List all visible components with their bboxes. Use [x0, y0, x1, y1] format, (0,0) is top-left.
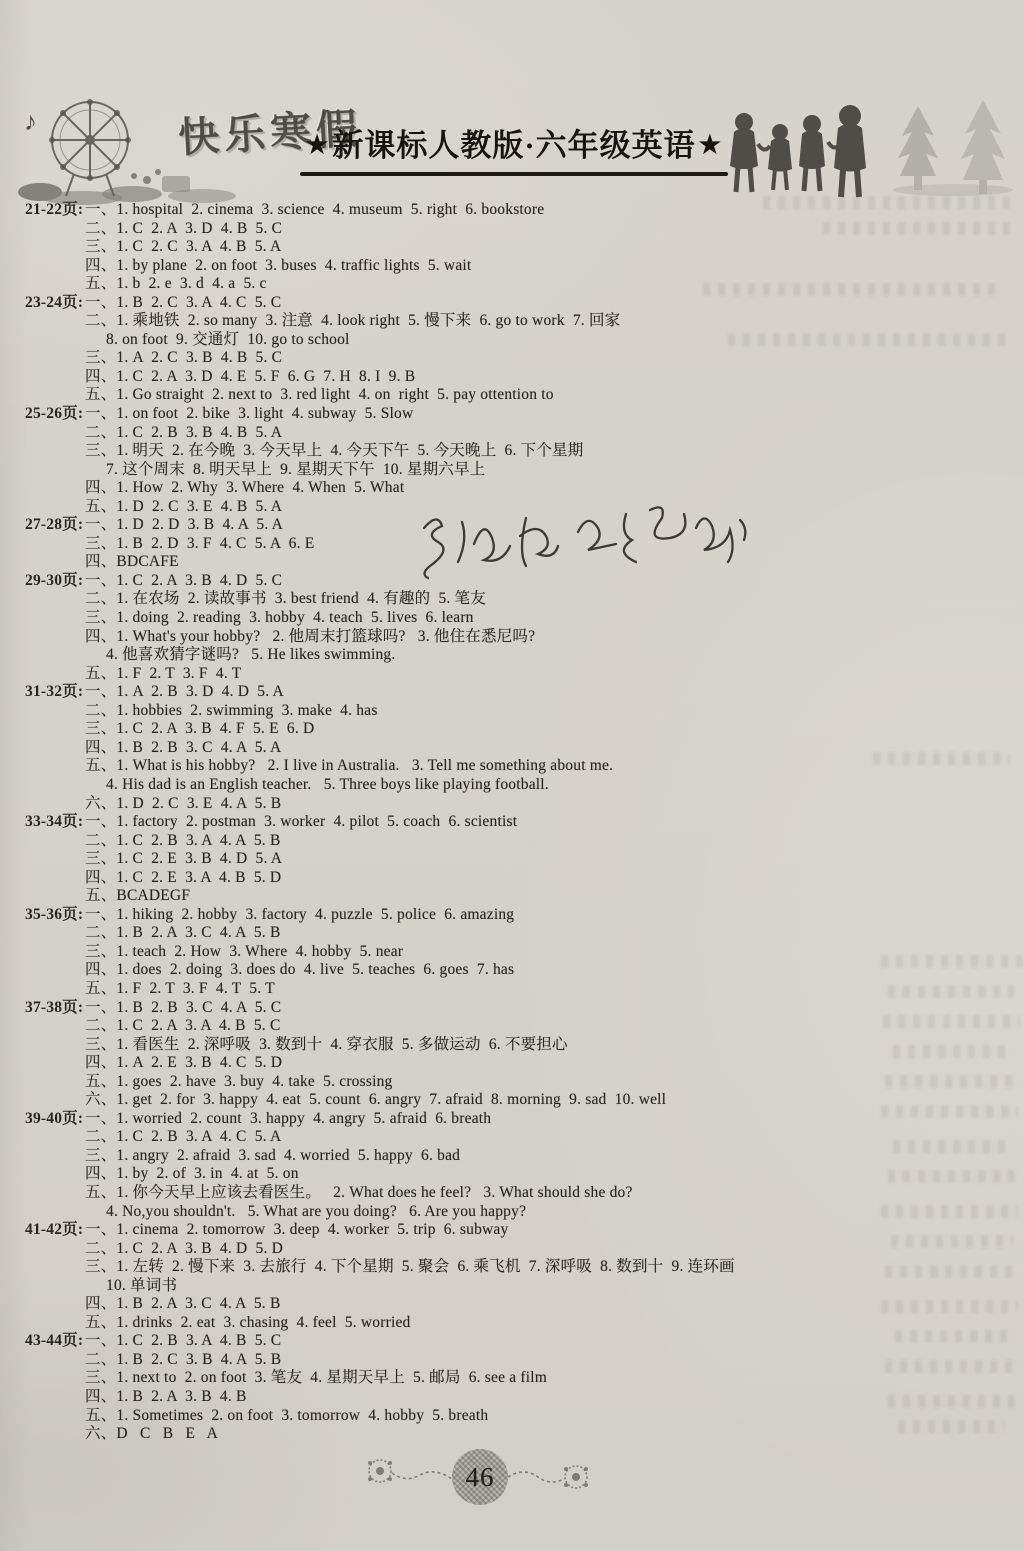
star-icon: ★: [696, 132, 725, 159]
answer-row: 四、1. What's your hobby? 2. 他周末打篮球吗? 3. 他…: [85, 628, 1006, 647]
answer-section: 35-36页:一、1. hiking 2. hobby 3. factory 4…: [25, 906, 1006, 999]
answer-row: 五、1. F 2. T 3. F 4. T 5. T: [85, 980, 1006, 999]
answer-row: 二、1. 在农场 2. 读故事书 3. best friend 4. 有趣的 5…: [85, 590, 1006, 609]
page-bleedthrough: [878, 1205, 1018, 1218]
answer-row: 五、1. Go straight 2. next to 3. red light…: [85, 386, 1006, 405]
answer-row: 五、1. D 2. C 3. E 4. B 5. A: [85, 498, 1006, 517]
answer-row: 三、1. C 2. A 3. B 4. F 5. E 6. D: [85, 720, 1006, 739]
answer-row: 三、1. A 2. C 3. B 4. B 5. C: [85, 349, 1006, 368]
answer-row: 四、1. does 2. doing 3. does do 4. live 5.…: [85, 961, 1006, 980]
answer-row: 一、1. D 2. D 3. B 4. A 5. A: [85, 516, 1006, 535]
page-title: 新课标人教版·六年级英语: [332, 128, 695, 163]
page-bleedthrough: [885, 985, 1015, 998]
answer-row: 五、1. F 2. T 3. F 4. T: [85, 665, 1006, 684]
answer-section: 41-42页:一、1. cinema 2. tomorrow 3. deep 4…: [25, 1221, 1006, 1332]
answer-section: 27-28页:一、1. D 2. D 3. B 4. A 5. A三、1. B …: [25, 516, 1006, 572]
section-page-label: 31-32页:: [25, 683, 85, 702]
page-bleedthrough: [880, 1015, 1020, 1028]
section-page-label: 29-30页:: [25, 572, 85, 591]
page-bleedthrough: [820, 222, 1010, 235]
section-page-label: 39-40页:: [25, 1110, 85, 1129]
section-page-label: 37-38页:: [25, 999, 85, 1018]
children-illustration: [722, 94, 892, 204]
answer-row: 三、1. angry 2. afraid 3. sad 4. worried 5…: [85, 1147, 1006, 1166]
answer-row: 二、1. C 2. A 3. B 4. D 5. D: [85, 1240, 1006, 1259]
answer-row: 二、1. C 2. B 3. B 4. B 5. A: [85, 424, 1006, 443]
answer-row: 一、1. B 2. B 3. C 4. A 5. C: [85, 999, 1006, 1018]
answer-row: 一、1. hiking 2. hobby 3. factory 4. puzzl…: [85, 906, 1006, 925]
answer-row: 二、1. hobbies 2. swimming 3. make 4. has: [85, 702, 1006, 721]
answer-row: 4. His dad is an English teacher. 5. Thr…: [85, 776, 1006, 795]
answer-row: 六、1. get 2. for 3. happy 4. eat 5. count…: [85, 1091, 1006, 1110]
page-bleedthrough: [890, 1045, 1010, 1058]
trees-illustration: [888, 96, 1022, 196]
page-bleedthrough: [895, 1420, 1005, 1433]
answer-row: 三、1. B 2. D 3. F 4. C 5. A 6. E: [85, 535, 1006, 554]
page-bleedthrough: [890, 1140, 1010, 1153]
page-bleedthrough: [725, 333, 1010, 346]
answer-row: 一、1. worried 2. count 3. happy 4. angry …: [85, 1110, 1006, 1129]
answer-row: 4. 他喜欢猜字谜吗? 5. He likes swimming.: [85, 646, 1006, 665]
answer-row: 三、1. C 2. C 3. A 4. B 5. A: [85, 238, 1006, 257]
page-number-badge: 46: [452, 1449, 508, 1505]
page-bleedthrough: [885, 1170, 1015, 1183]
answer-row: 二、1. B 2. C 3. B 4. A 5. B: [85, 1351, 1006, 1370]
answer-row: 三、1. teach 2. How 3. Where 4. hobby 5. n…: [85, 943, 1006, 962]
page-bleedthrough: [888, 1235, 1013, 1248]
section-page-label: 27-28页:: [25, 516, 85, 535]
answer-row: 一、1. factory 2. postman 3. worker 4. pil…: [85, 813, 1006, 832]
page-bleedthrough: [882, 1265, 1017, 1278]
answer-row: 四、1. B 2. B 3. C 4. A 5. A: [85, 739, 1006, 758]
section-page-label: 41-42页:: [25, 1221, 85, 1240]
answer-row: 一、1. on foot 2. bike 3. light 4. subway …: [85, 405, 1006, 424]
answer-row: 10. 单词书: [85, 1277, 1006, 1296]
answer-row: 四、1. B 2. A 3. B 4. B: [85, 1388, 1006, 1407]
section-page-label: 21-22页:: [25, 201, 85, 220]
section-page-label: 25-26页:: [25, 405, 85, 424]
section-page-label: 35-36页:: [25, 906, 85, 925]
answer-row: 一、1. C 2. B 3. A 4. B 5. C: [85, 1332, 1006, 1351]
answer-row: 一、1. B 2. C 3. A 4. C 5. C: [85, 294, 1006, 313]
answer-row: 二、1. C 2. B 3. A 4. C 5. A: [85, 1128, 1006, 1147]
answer-row: 四、1. by plane 2. on foot 3. buses 4. tra…: [85, 257, 1006, 276]
answer-section: 33-34页:一、1. factory 2. postman 3. worker…: [25, 813, 1006, 906]
answer-row: 三、1. C 2. E 3. B 4. D 5. A: [85, 850, 1006, 869]
page-bleedthrough: [885, 1395, 1015, 1408]
answer-row: 五、1. What is his hobby? 2. I live in Aus…: [85, 757, 1006, 776]
answer-row: 三、1. 左转 2. 慢下来 3. 去旅行 4. 下个星期 5. 聚会 6. 乘…: [85, 1258, 1006, 1277]
section-page-label: 33-34页:: [25, 813, 85, 832]
page-bleedthrough: [878, 1105, 1018, 1118]
answer-row: 二、1. B 2. A 3. C 4. A 5. B: [85, 924, 1006, 943]
answer-row: 二、1. C 2. A 3. A 4. B 5. C: [85, 1017, 1006, 1036]
answer-row: 二、1. 乘地铁 2. so many 3. 注意 4. look right …: [85, 312, 1006, 331]
section-page-label: 43-44页:: [25, 1332, 85, 1351]
answer-section: 21-22页:一、1. hospital 2. cinema 3. scienc…: [25, 201, 1006, 294]
answer-row: 三、1. doing 2. reading 3. hobby 4. teach …: [85, 609, 1006, 628]
answer-row: 一、1. cinema 2. tomorrow 3. deep 4. worke…: [85, 1221, 1006, 1240]
page-bleedthrough: [700, 283, 1000, 296]
page-bleedthrough: [882, 1360, 1017, 1373]
book-title-block: ★新课标人教版·六年级英语★: [288, 120, 740, 176]
answer-row: 一、1. A 2. B 3. D 4. D 5. A: [85, 683, 1006, 702]
answer-row: 五、1. 你今天早上应该去看医生。 2. What does he feel? …: [85, 1184, 1006, 1203]
answer-section: 23-24页:一、1. B 2. C 3. A 4. C 5. C二、1. 乘地…: [25, 294, 1006, 405]
answer-row: 四、1. A 2. E 3. B 4. C 5. D: [85, 1054, 1006, 1073]
answer-key-page: ♪ 快乐寒假 ★新课标人教版·六年级英语★: [0, 0, 1024, 1551]
answer-row: 7. 这个周末 8. 明天早上 9. 星期天下午 10. 星期六早上: [85, 461, 1006, 480]
answer-row: 四、1. C 2. E 3. A 4. B 5. D: [85, 869, 1006, 888]
music-note-icon: ♪: [24, 107, 37, 136]
answer-row: 五、1. Sometimes 2. on foot 3. tomorrow 4.…: [85, 1407, 1006, 1426]
answers-list: 21-22页:一、1. hospital 2. cinema 3. scienc…: [25, 201, 1006, 1444]
answer-row: 五、1. drinks 2. eat 3. chasing 4. feel 5.…: [85, 1314, 1006, 1333]
page-bleedthrough: [760, 196, 1010, 209]
answer-section: 43-44页:一、1. C 2. B 3. A 4. B 5. C二、1. B …: [25, 1332, 1006, 1443]
answer-section: 25-26页:一、1. on foot 2. bike 3. light 4. …: [25, 405, 1006, 516]
section-page-label: 23-24页:: [25, 294, 85, 313]
answer-section: 29-30页:一、1. C 2. A 3. B 4. D 5. C二、1. 在农…: [25, 572, 1006, 683]
page-number: 46: [466, 1462, 495, 1493]
title-underline: [300, 172, 728, 176]
answer-row: 二、1. C 2. B 3. A 4. A 5. B: [85, 832, 1006, 851]
answer-row: 四、1. C 2. A 3. D 4. E 5. F 6. G 7. H 8. …: [85, 368, 1006, 387]
answer-row: 四、1. How 2. Why 3. Where 4. When 5. What: [85, 479, 1006, 498]
answer-row: 四、BDCAFE: [85, 553, 1006, 572]
answer-row: 4. No,you shouldn't. 5. What are you doi…: [85, 1203, 1006, 1222]
page-bleedthrough: [892, 1330, 1012, 1343]
page-bleedthrough: [878, 955, 1023, 968]
answer-row: 三、1. 明天 2. 在今晚 3. 今天早上 4. 今天下午 5. 今天晚上 6…: [85, 442, 1006, 461]
page-bleedthrough: [870, 752, 1010, 765]
answer-row: 四、1. by 2. of 3. in 4. at 5. on: [85, 1165, 1006, 1184]
answer-section: 39-40页:一、1. worried 2. count 3. happy 4.…: [25, 1110, 1006, 1221]
answer-row: 一、1. C 2. A 3. B 4. D 5. C: [85, 572, 1006, 591]
answer-section: 31-32页:一、1. A 2. B 3. D 4. D 5. A二、1. ho…: [25, 683, 1006, 813]
answer-row: 五、1. goes 2. have 3. buy 4. take 5. cros…: [85, 1073, 1006, 1092]
answer-row: 六、1. D 2. C 3. E 4. A 5. B: [85, 795, 1006, 814]
answer-section: 37-38页:一、1. B 2. B 3. C 4. A 5. C二、1. C …: [25, 999, 1006, 1110]
answer-row: 五、BCADEGF: [85, 887, 1006, 906]
page-footer: 46: [340, 1441, 620, 1521]
answer-row: 三、1. 看医生 2. 深呼吸 3. 数到十 4. 穿衣服 5. 多做运动 6.…: [85, 1036, 1006, 1055]
page-bleedthrough: [882, 1075, 1017, 1088]
star-icon: ★: [303, 132, 332, 159]
answer-row: 三、1. next to 2. on foot 3. 笔友 4. 星期天早上 5…: [85, 1369, 1006, 1388]
answer-row: 四、1. B 2. A 3. C 4. A 5. B: [85, 1295, 1006, 1314]
page-bleedthrough: [878, 1300, 1018, 1313]
